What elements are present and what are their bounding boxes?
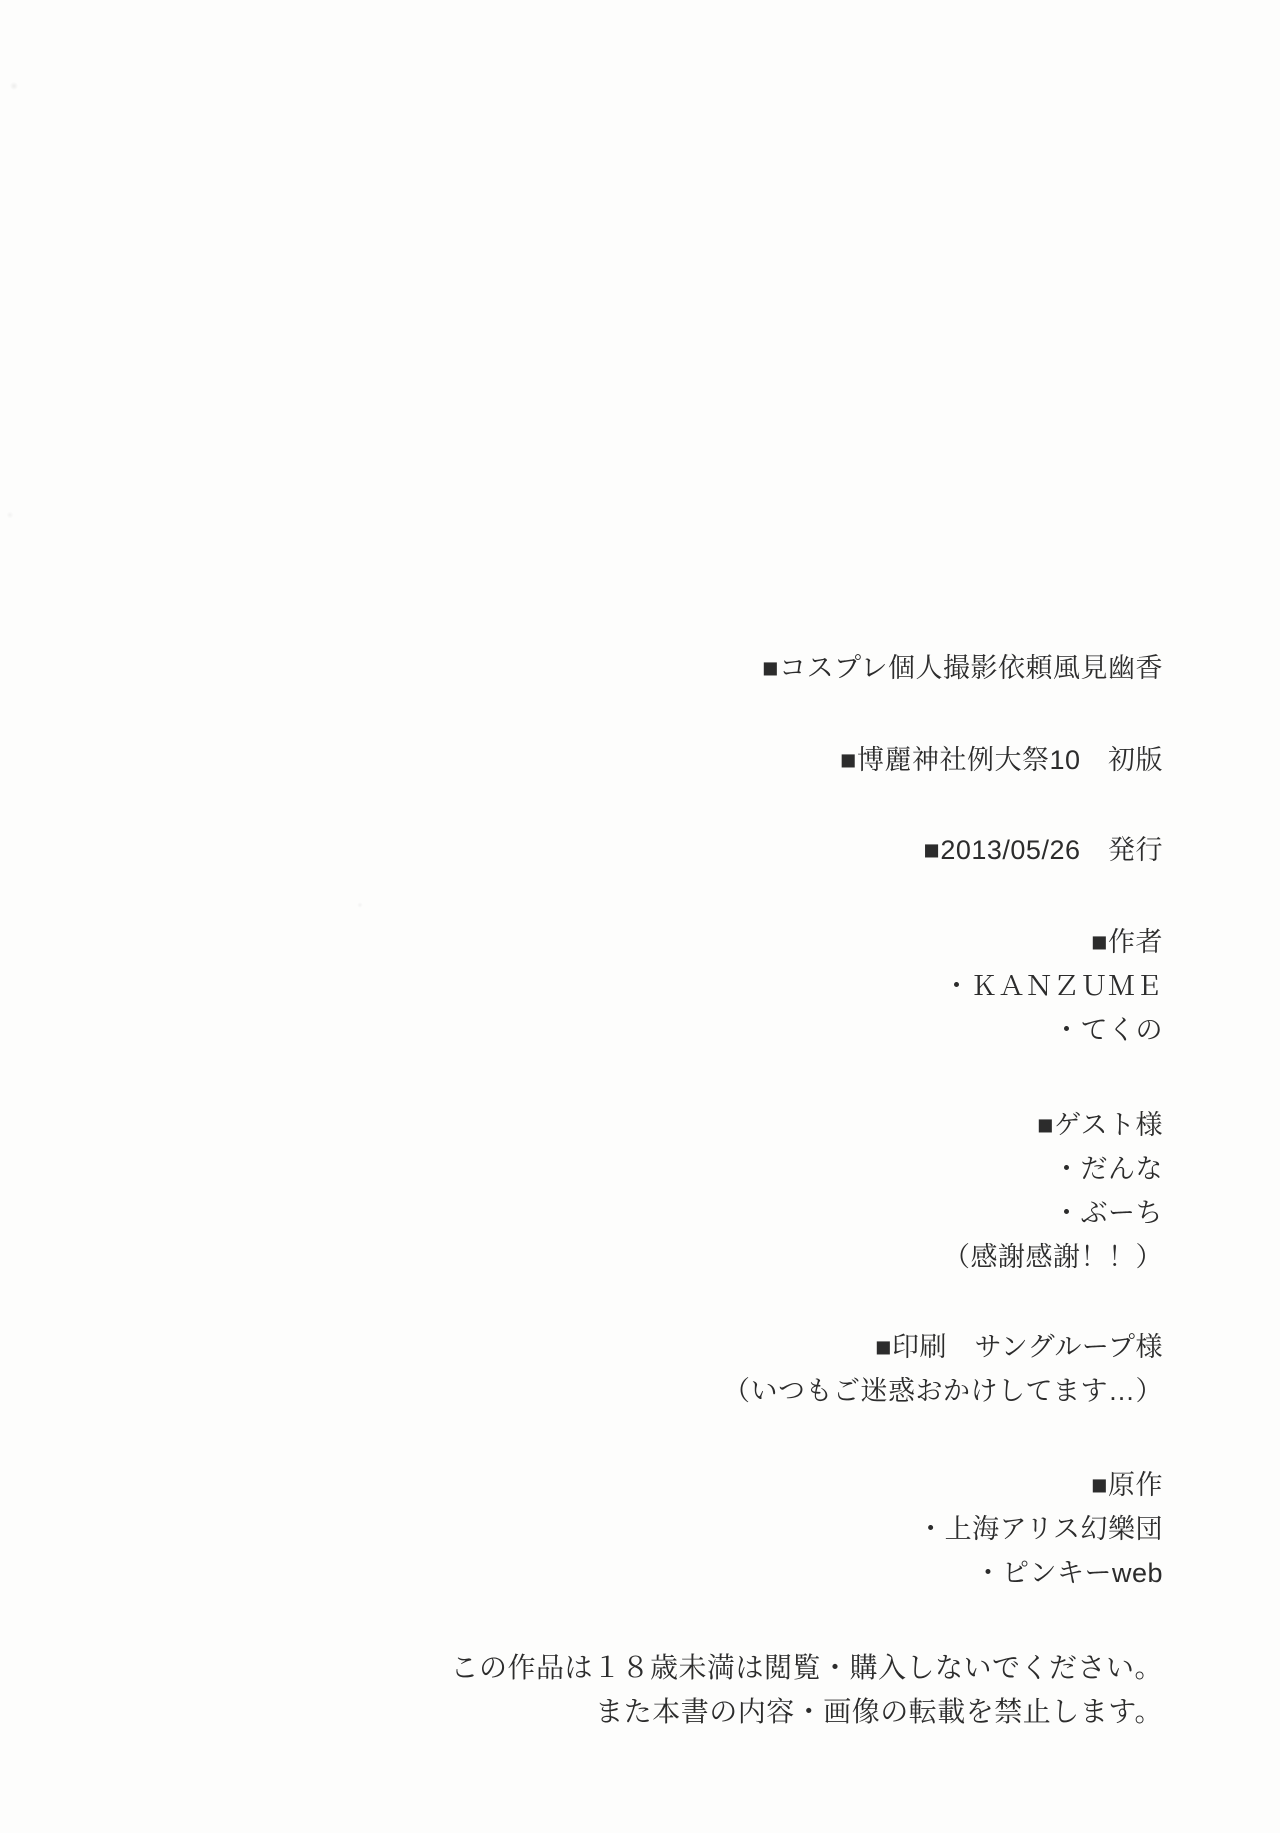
colophon-block-original: ■原作 ・上海アリス幻樂団 ・ピンキーweb (450, 1463, 1163, 1595)
printer-line: ■印刷 サングループ様 (450, 1325, 1163, 1369)
colophon-block-title: ■コスプレ個人撮影依頼風見幽香 (450, 646, 1163, 690)
original-shanghai-alice: ・上海アリス幻樂団 (450, 1507, 1163, 1551)
authors-header: ■作者 (450, 920, 1163, 964)
author-kanzume: ・ＫＡＮＺＵＭＥ (450, 964, 1163, 1008)
colophon-block-event: ■博麗神社例大祭10 初版 (450, 738, 1163, 782)
original-pinky-web: ・ピンキーweb (450, 1551, 1163, 1595)
guests-thanks-note: （感謝感謝！！） (450, 1235, 1163, 1279)
colophon-block-disclaimer: この作品は１８歳未満は閲覧・購入しないでください。 また本書の内容・画像の転載を… (450, 1646, 1163, 1734)
disclaimer-age-restriction: この作品は１８歳未満は閲覧・購入しないでください。 (450, 1646, 1163, 1690)
event-edition-line: ■博麗神社例大祭10 初版 (450, 738, 1163, 782)
colophon-text-column: ■コスプレ個人撮影依頼風見幽香 ■博麗神社例大祭10 初版 ■2013/05/2… (450, 646, 1163, 1734)
guest-buuchi: ・ぶーち (450, 1191, 1163, 1235)
guest-danna: ・だんな (450, 1147, 1163, 1191)
book-title-line: ■コスプレ個人撮影依頼風見幽香 (450, 646, 1163, 690)
author-tekuno: ・てくの (450, 1008, 1163, 1052)
printer-apology-note: （いつもご迷惑おかけしてます…） (450, 1369, 1163, 1413)
colophon-block-guests: ■ゲスト様 ・だんな ・ぶーち （感謝感謝！！） (450, 1103, 1163, 1279)
scanned-colophon-page: ■コスプレ個人撮影依頼風見幽香 ■博麗神社例大祭10 初版 ■2013/05/2… (0, 0, 1280, 1833)
original-works-header: ■原作 (450, 1463, 1163, 1507)
disclaimer-no-reproduction: また本書の内容・画像の転載を禁止します。 (450, 1690, 1163, 1734)
publication-date-line: ■2013/05/26 発行 (450, 828, 1163, 872)
guests-header: ■ゲスト様 (450, 1103, 1163, 1147)
colophon-block-authors: ■作者 ・ＫＡＮＺＵＭＥ ・てくの (450, 920, 1163, 1052)
colophon-block-printer: ■印刷 サングループ様 （いつもご迷惑おかけしてます…） (450, 1325, 1163, 1413)
colophon-block-date: ■2013/05/26 発行 (450, 828, 1163, 872)
